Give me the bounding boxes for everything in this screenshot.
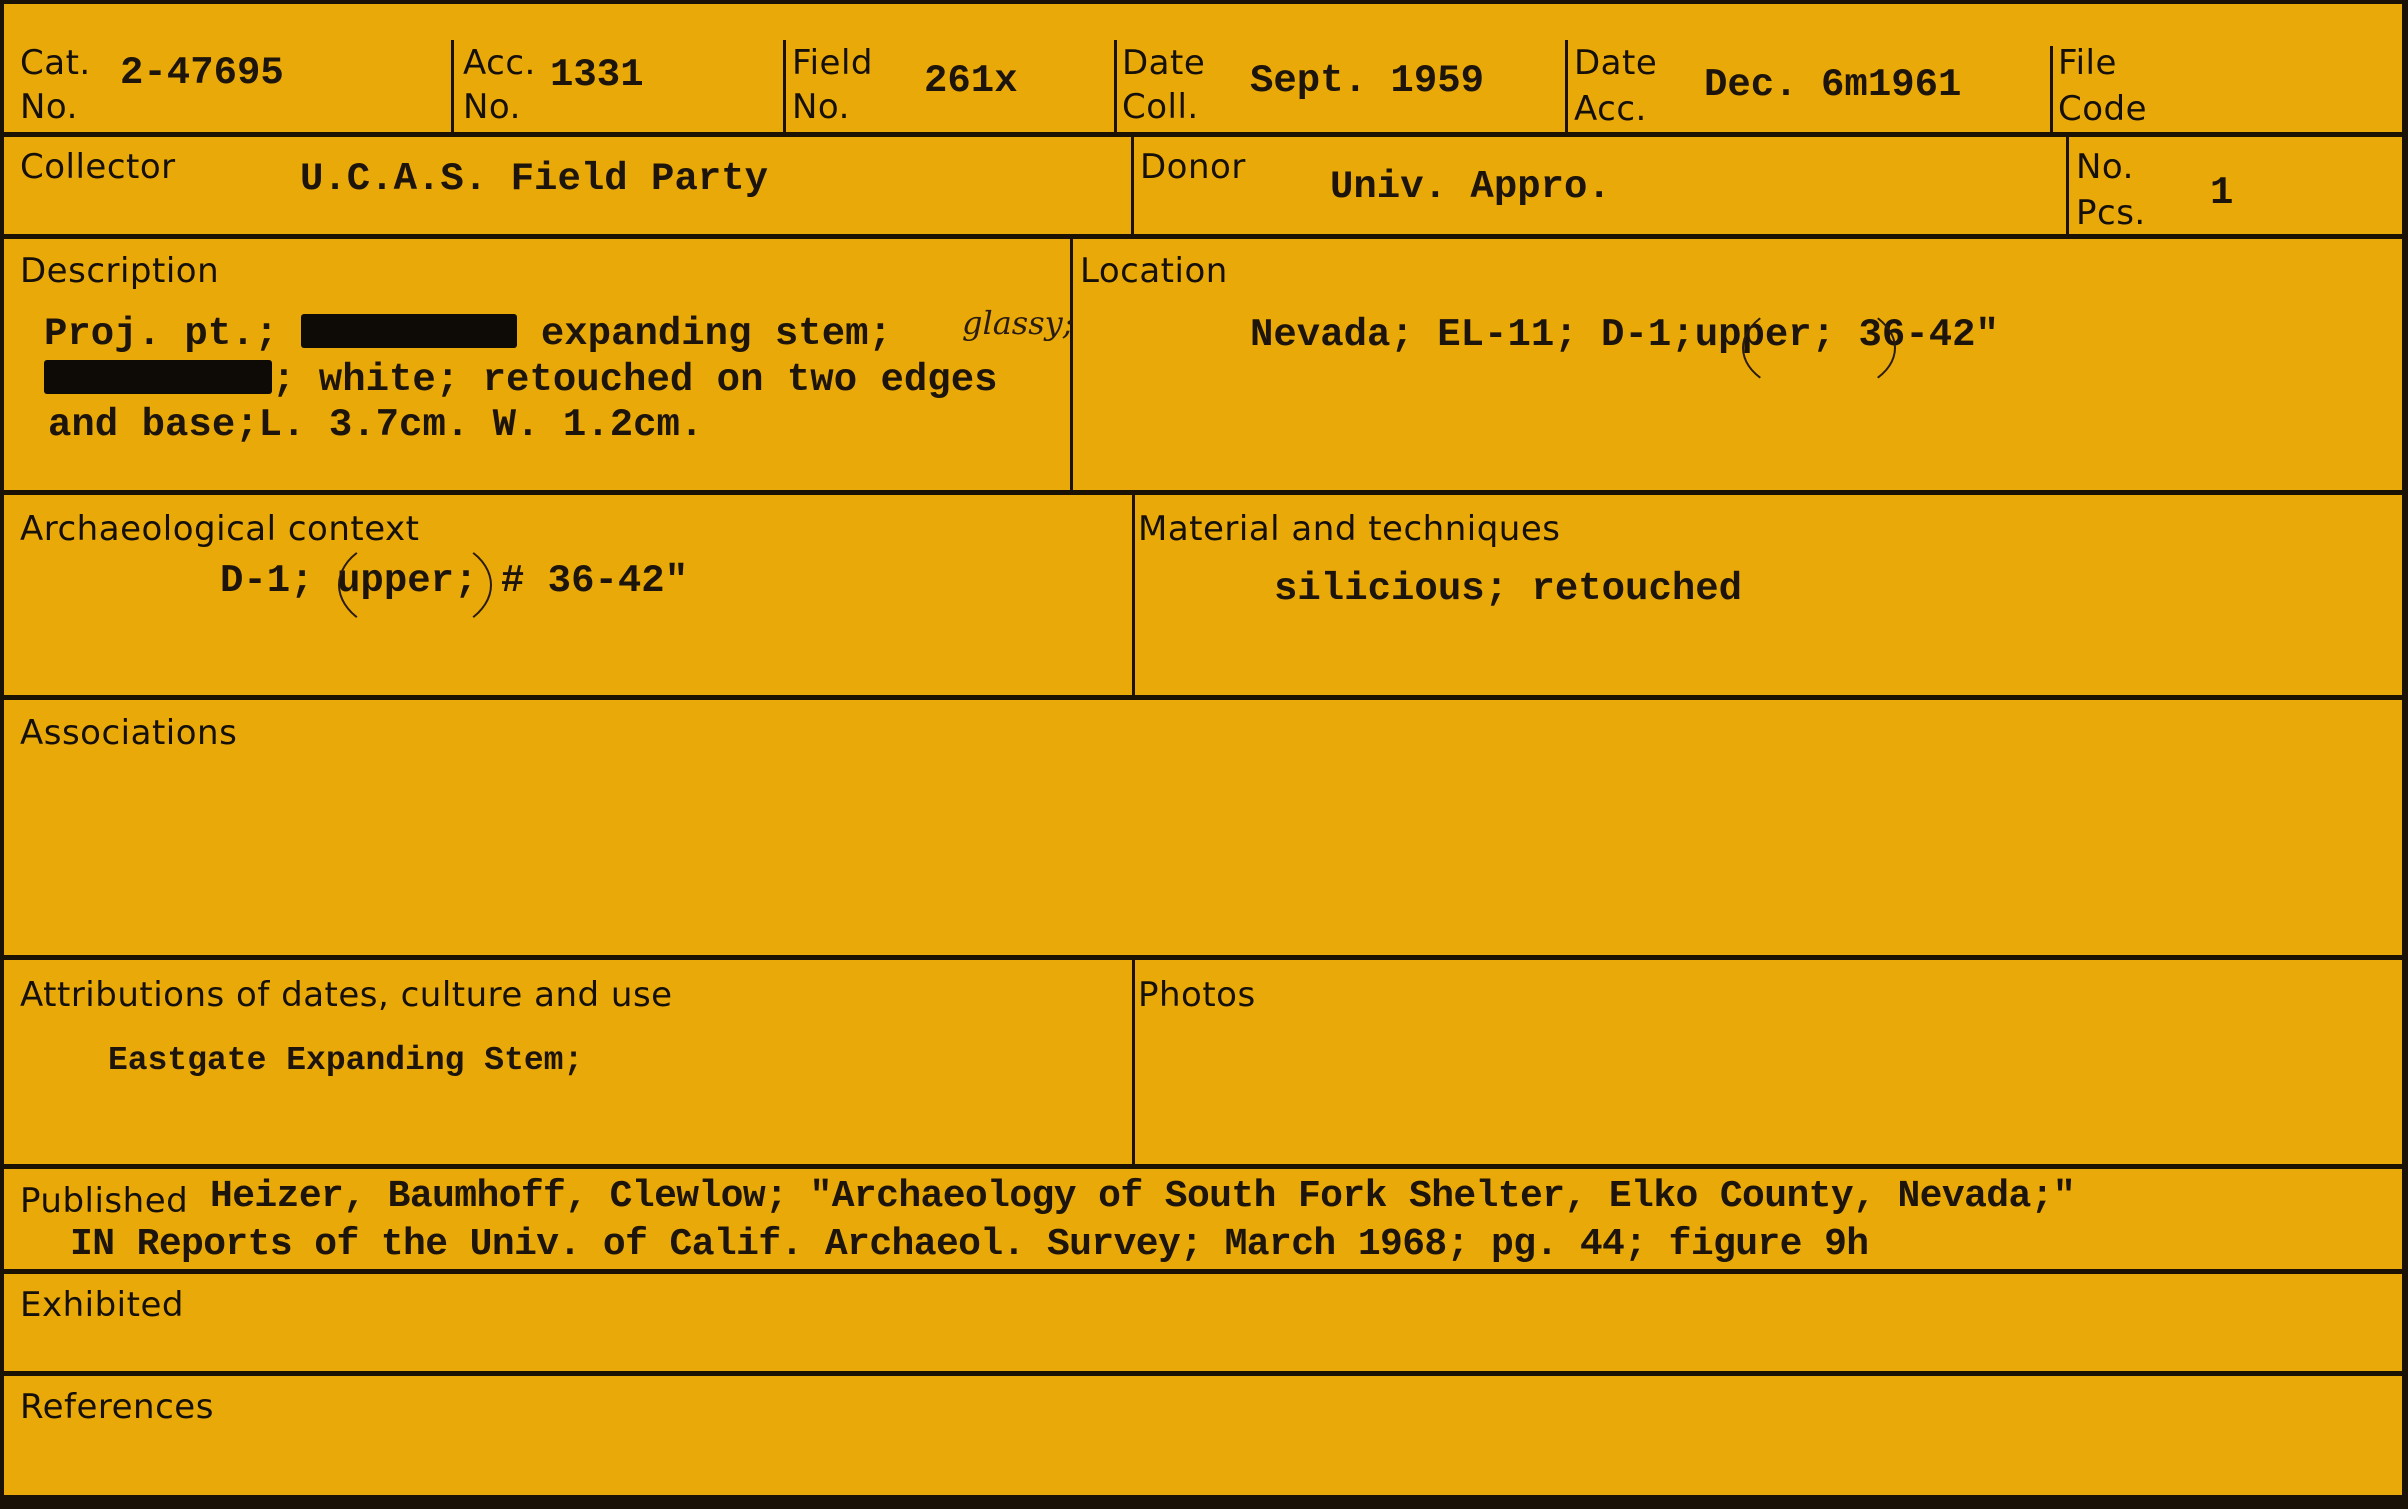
description-line-1-start: Proj. pt.; (44, 312, 278, 356)
donor-label: Donor (1140, 150, 1246, 184)
published-line-2: IN Reports of the Univ. of Calif. Archae… (70, 1226, 1869, 1264)
row-divider (4, 695, 2402, 700)
no-pcs-label-top: No. (2076, 150, 2134, 184)
redaction-bar (44, 360, 272, 394)
donor-value: Univ. Appro. (1330, 168, 1611, 207)
location-value-start: Nevada; EL-11; D-1; (1250, 313, 1695, 357)
column-divider (1131, 134, 1134, 236)
column-divider (1132, 492, 1135, 697)
acc-no-value: 1331 (550, 56, 644, 95)
description-line-2: ; white; retouched on two edges (44, 360, 998, 400)
date-acc-label-top: Date (1574, 46, 1657, 80)
handwritten-circle (338, 534, 492, 636)
column-divider (1114, 40, 1117, 134)
no-pcs-label-bottom: Pcs. (2076, 196, 2146, 230)
date-acc-value: Dec. 6m1961 (1704, 66, 1961, 105)
collector-value: U.C.A.S. Field Party (300, 160, 768, 199)
material-techniques-value: silicious; retouched (1274, 570, 1742, 609)
row-divider (4, 1371, 2402, 1376)
description-line-1-end: expanding stem; (541, 312, 892, 356)
handwritten-annotation: glassy; (962, 304, 1074, 342)
location-label: Location (1080, 254, 1228, 288)
cat-no-label-bottom: No. (20, 90, 78, 124)
archaeological-context-label: Archaeological context (20, 512, 420, 546)
exhibited-label: Exhibited (20, 1288, 184, 1322)
date-coll-value: Sept. 1959 (1250, 62, 1484, 101)
row-divider (4, 490, 2402, 495)
cat-no-value: 2-47695 (120, 54, 284, 93)
field-no-value: 261x (924, 62, 1018, 101)
description-line-2-end: ; white; retouched on two edges (272, 358, 998, 402)
arch-context-value-start: D-1; (220, 559, 314, 603)
column-divider (451, 40, 454, 134)
date-acc-label-bottom: Acc. (1574, 92, 1647, 126)
row-divider (4, 955, 2402, 960)
associations-label: Associations (20, 716, 237, 750)
column-divider (1070, 236, 1073, 492)
references-label: References (20, 1390, 214, 1424)
material-techniques-label: Material and techniques (1138, 512, 1560, 546)
published-label: Published (20, 1184, 188, 1218)
photos-label: Photos (1138, 978, 1256, 1012)
description-line-3: and base;L. 3.7cm. W. 1.2cm. (48, 406, 703, 445)
row-divider (4, 234, 2402, 239)
field-no-label-top: Field (792, 46, 873, 80)
redaction-bar (301, 314, 517, 348)
cat-no-label-top: Cat. (20, 46, 91, 80)
no-pcs-value: 1 (2210, 174, 2233, 213)
attributions-label: Attributions of dates, culture and use (20, 978, 673, 1012)
row-divider (4, 132, 2402, 137)
row-divider (4, 1164, 2402, 1169)
handwritten-circle (1742, 300, 1896, 396)
column-divider (2050, 46, 2053, 134)
acc-no-label-top: Acc. (463, 46, 536, 80)
collector-label: Collector (20, 150, 176, 184)
acc-no-label-bottom: No. (463, 90, 521, 124)
description-label: Description (20, 254, 219, 288)
file-code-label-top: File (2058, 46, 2117, 80)
description-line-1: Proj. pt.; expanding stem; (44, 314, 892, 354)
date-coll-label-top: Date (1122, 46, 1205, 80)
file-code-label-bottom: Code (2058, 92, 2147, 126)
row-divider (4, 1269, 2402, 1274)
published-line-1: Heizer, Baumhoff, Clewlow; "Archaeology … (210, 1178, 2075, 1216)
attributions-value: Eastgate Expanding Stem; (108, 1044, 583, 1077)
field-no-label-bottom: No. (792, 90, 850, 124)
date-coll-label-bottom: Coll. (1122, 90, 1199, 124)
column-divider (783, 40, 786, 134)
column-divider (2066, 134, 2069, 236)
column-divider (1132, 957, 1135, 1166)
catalog-card: Cat. No. 2-47695 Acc. No. 1331 Field No.… (4, 4, 2402, 1495)
column-divider (1565, 40, 1568, 134)
